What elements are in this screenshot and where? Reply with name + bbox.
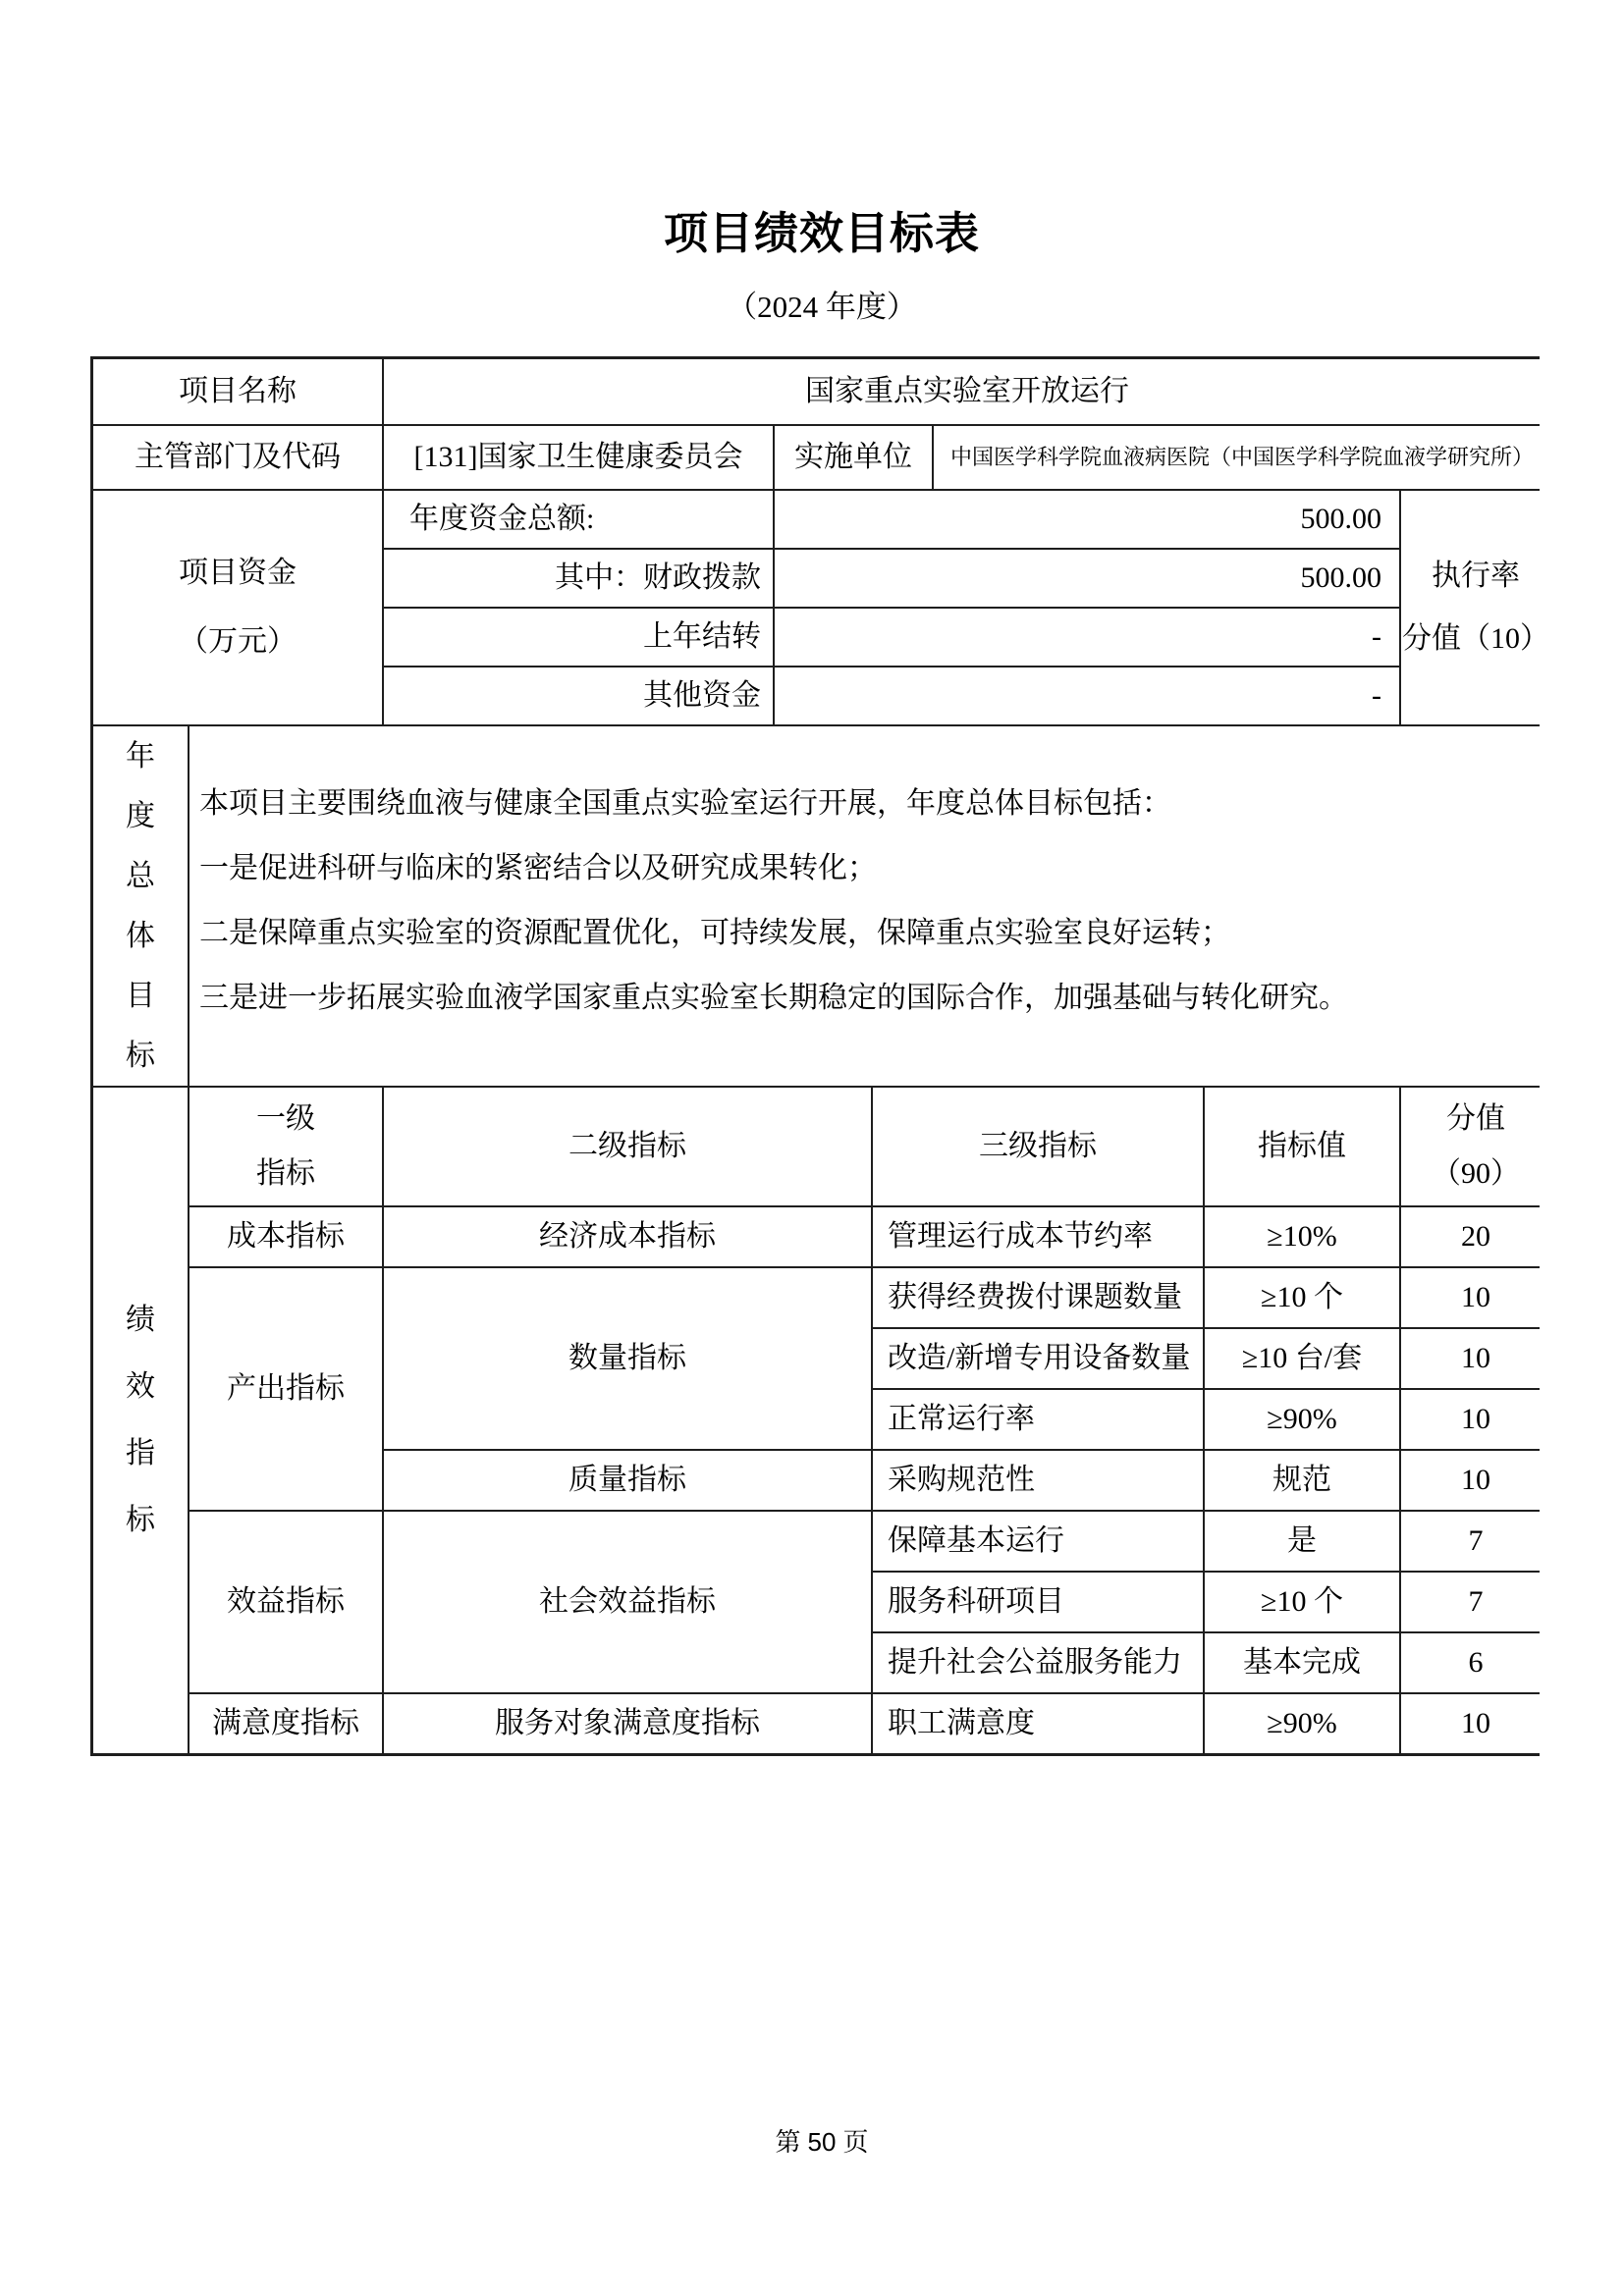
- funding-section-label-cell: 项目资金 （万元）: [93, 491, 382, 724]
- page-subtitle: （2024 年度）: [90, 289, 1553, 327]
- level2-social-benefit-cell: 社会效益指标: [384, 1512, 871, 1692]
- level3-cell: 提升社会公益服务能力: [873, 1633, 1203, 1692]
- indicator-score-cell: 7: [1401, 1512, 1550, 1571]
- other-funds-label-cell: 其他资金: [384, 667, 773, 724]
- level3-cell: 职工满意度: [873, 1694, 1203, 1753]
- level1-header-cell: 一级 指标: [189, 1088, 382, 1205]
- goal-line-4: 三是进一步拓展实验血液学国家重点实验室长期稳定的国际合作，加强基础与转化研究。: [199, 966, 1531, 1031]
- indicator-score-cell: 6: [1401, 1633, 1550, 1692]
- level3-cell: 改造/新增专用设备数量: [873, 1329, 1203, 1388]
- performance-target-table: 项目名称 国家重点实验室开放运行 主管部门及代码 [131]国家卫生健康委员会 …: [90, 356, 1540, 1756]
- impl-unit-value-cell: 中国医学科学院血液病医院（中国医学科学院血液学研究所）: [934, 426, 1550, 489]
- goal-line-3: 二是保障重点实验室的资源配置优化，可持续发展，保障重点实验室良好运转；: [199, 901, 1531, 966]
- indicator-value-cell: 是: [1205, 1512, 1399, 1571]
- level3-header-cell: 三级指标: [873, 1088, 1203, 1205]
- indicator-score-cell: 7: [1401, 1573, 1550, 1631]
- score-header-cell: 分值 （90）: [1401, 1088, 1550, 1205]
- indicator-score-cell: 10: [1401, 1329, 1550, 1388]
- level2-economic-cost-cell: 经济成本指标: [384, 1207, 871, 1266]
- indicator-value-cell: ≥90%: [1205, 1390, 1399, 1449]
- annual-goal-text-cell: 本项目主要围绕血液与健康全国重点实验室运行开展，年度总体目标包括： 一是促进科研…: [189, 726, 1550, 1086]
- indicator-value-header-cell: 指标值: [1205, 1088, 1399, 1205]
- level3-cell: 正常运行率: [873, 1390, 1203, 1449]
- other-funds-value-cell: -: [775, 667, 1399, 724]
- fiscal-allocation-value-cell: 500.00: [775, 550, 1399, 607]
- indicator-value-cell: 基本完成: [1205, 1633, 1399, 1692]
- level1-benefit-cell: 效益指标: [189, 1512, 382, 1692]
- level1-output-cell: 产出指标: [189, 1268, 382, 1510]
- level3-cell: 保障基本运行: [873, 1512, 1203, 1571]
- project-name-label-cell: 项目名称: [93, 359, 382, 424]
- level1-cost-cell: 成本指标: [189, 1207, 382, 1266]
- page-footer: 第50页: [90, 2122, 1553, 2159]
- indicator-value-cell: ≥10 台/套: [1205, 1329, 1399, 1388]
- indicator-score-cell: 10: [1401, 1451, 1550, 1510]
- carryover-value-cell: -: [775, 609, 1399, 666]
- indicator-score-cell: 20: [1401, 1207, 1550, 1266]
- annual-total-value-cell: 500.00: [775, 491, 1399, 548]
- dept-code-value-cell: [131]国家卫生健康委员会: [384, 426, 773, 489]
- goal-line-2: 一是促进科研与临床的紧密结合以及研究成果转化；: [199, 836, 1531, 901]
- level3-cell: 管理运行成本节约率: [873, 1207, 1203, 1266]
- project-name-value-cell: 国家重点实验室开放运行: [384, 359, 1550, 424]
- level2-quantity-cell: 数量指标: [384, 1268, 871, 1449]
- carryover-label-cell: 上年结转: [384, 609, 773, 666]
- indicator-value-cell: ≥10%: [1205, 1207, 1399, 1266]
- indicator-value-cell: ≥90%: [1205, 1694, 1399, 1753]
- level1-satisfaction-cell: 满意度指标: [189, 1694, 382, 1753]
- goal-line-1: 本项目主要围绕血液与健康全国重点实验室运行开展，年度总体目标包括：: [199, 772, 1531, 836]
- indicator-value-cell: 规范: [1205, 1451, 1399, 1510]
- footer-suffix: 页: [842, 2128, 868, 2157]
- page-title: 项目绩效目标表: [90, 208, 1553, 259]
- indicator-value-cell: ≥10 个: [1205, 1573, 1399, 1631]
- annual-total-label-cell: 年度资金总额:: [384, 491, 773, 548]
- level2-service-satisfaction-cell: 服务对象满意度指标: [384, 1694, 871, 1753]
- indicator-score-cell: 10: [1401, 1390, 1550, 1449]
- level3-cell: 采购规范性: [873, 1451, 1203, 1510]
- footer-prefix: 第: [776, 2128, 801, 2157]
- annual-goal-section-label-cell: 年 度 总 体 目 标: [93, 726, 188, 1086]
- footer-page-number: 50: [808, 2127, 837, 2157]
- execution-rate-score-cell: 执行率 分值（10）: [1401, 491, 1550, 724]
- indicators-section-label-cell: 绩 效 指 标: [93, 1088, 188, 1753]
- level3-cell: 获得经费拨付课题数量: [873, 1268, 1203, 1327]
- impl-unit-label-cell: 实施单位: [775, 426, 932, 489]
- indicator-score-cell: 10: [1401, 1694, 1550, 1753]
- dept-code-label-cell: 主管部门及代码: [93, 426, 382, 489]
- level3-cell: 服务科研项目: [873, 1573, 1203, 1631]
- document-page: 项目绩效目标表 （2024 年度） 项目名称 国家重点实验室开放运行 主管部门及…: [0, 0, 1624, 2296]
- level2-header-cell: 二级指标: [384, 1088, 871, 1205]
- indicator-score-cell: 10: [1401, 1268, 1550, 1327]
- fiscal-allocation-label-cell: 其中：财政拨款: [384, 550, 773, 607]
- indicator-value-cell: ≥10 个: [1205, 1268, 1399, 1327]
- level2-quality-cell: 质量指标: [384, 1451, 871, 1510]
